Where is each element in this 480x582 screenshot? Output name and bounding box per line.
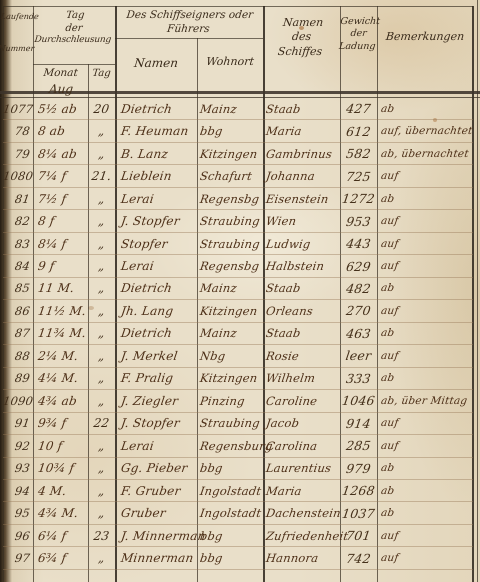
cargo-weight-cell: 701 (339, 528, 378, 543)
cargo-weight-cell: 612 (339, 124, 378, 139)
skipper-name-cell: Lerai (114, 259, 198, 273)
running-number-cell: 88 (2, 349, 34, 363)
column-header-passage-day: Tag der Durchschleusung (31, 9, 117, 47)
running-number-cell: 1090 (2, 394, 34, 408)
skipper-name-cell: Lieblein (114, 169, 198, 183)
passage-time-cell: 10¾ f (32, 461, 89, 475)
passage-time-cell: 11 M. (32, 281, 89, 295)
table-row: 78 8 ab „ F. Heuman bbg Maria 612 auf, ü… (3, 120, 473, 142)
residence-cell: Nbg (196, 349, 264, 363)
running-number-cell: 78 (2, 124, 34, 138)
residence-cell: Mainz (196, 326, 264, 340)
header-label: Ladung (337, 41, 377, 53)
skipper-name-cell: Stopfer (114, 237, 198, 251)
running-number-cell: 85 (2, 281, 34, 295)
table-row: 94 4 M. „ F. Gruber Ingolstadt Maria 126… (3, 480, 473, 502)
skipper-name-cell: F. Heuman (114, 124, 198, 138)
residence-cell: Kitzingen (196, 147, 264, 161)
passage-time-cell: 5½ ab (32, 102, 89, 116)
residence-cell: Schafurt (196, 169, 264, 183)
ship-name-cell: Staab (262, 102, 341, 116)
column-header-ship-name: Namen des Schiffes (261, 16, 343, 59)
column-header-remarks: Bemerkungen (376, 30, 474, 44)
remark-cell: auf (376, 215, 474, 227)
skipper-name-cell: Minnerman (114, 551, 198, 565)
running-number-cell: 86 (2, 304, 34, 318)
skipper-name-cell: J. Ziegler (114, 394, 198, 408)
month-day-divider-line (33, 64, 115, 65)
ship-name-cell: Caroline (262, 394, 341, 408)
running-number-cell: 93 (2, 461, 34, 475)
table-row: 96 6¼ f 23 J. Minnerman bbg Zufriedenhei… (3, 525, 473, 547)
header-label: Schiffes (261, 45, 340, 59)
passage-day-cell: 22 (87, 416, 116, 430)
running-number-cell: 97 (2, 551, 34, 565)
running-number-cell: 92 (2, 439, 34, 453)
skipper-name-cell: Lerai (114, 192, 198, 206)
table-row: 1090 4¾ ab „ J. Ziegler Pinzing Caroline… (3, 390, 473, 412)
remark-cell: ab (376, 485, 474, 497)
residence-cell: bbg (196, 529, 264, 543)
table-row: 82 8 f „ J. Stopfer Straubing Wien 953 a… (3, 210, 473, 232)
cargo-weight-cell: 742 (339, 551, 378, 566)
residence-cell: Mainz (196, 102, 264, 116)
cargo-weight-cell: 427 (339, 101, 378, 116)
passage-day-cell: „ (87, 551, 116, 565)
passage-time-cell: 9¾ f (32, 416, 89, 430)
residence-cell: Ingolstadt (196, 506, 264, 520)
passage-time-cell: 10 f (32, 439, 89, 453)
header-label: Durchschleusung (31, 35, 114, 47)
remark-cell: auf, übernachtet (376, 125, 474, 137)
passage-day-cell: „ (87, 326, 116, 340)
residence-cell: bbg (196, 124, 264, 138)
skipper-name-cell: Gruber (114, 506, 198, 520)
ship-name-cell: Staab (262, 281, 341, 295)
ship-name-cell: Johanna (262, 169, 341, 183)
ship-name-cell: Jacob (262, 416, 341, 430)
cargo-weight-cell: 1046 (339, 393, 378, 408)
ship-name-cell: Orleans (262, 304, 341, 318)
ship-name-cell: Wilhelm (262, 371, 341, 385)
column-header-owner-group: Des Schiffseigners oder Führers (114, 9, 265, 36)
ship-name-cell: Dachenstein (262, 506, 341, 520)
table-row: 89 4¼ M. „ F. Pralig Kitzingen Wilhelm 3… (3, 368, 473, 390)
cargo-weight-cell: 629 (339, 259, 378, 274)
ship-name-cell: Staab (262, 326, 341, 340)
remark-cell: ab (376, 372, 474, 384)
header-label: Tag (34, 9, 117, 22)
table-row: 97 6¾ f „ Minnerman bbg Hannora 742 auf (3, 547, 473, 569)
column-header-cargo-weight: Gewicht der Ladung (337, 16, 380, 53)
cargo-weight-cell: 582 (339, 146, 378, 161)
running-number-cell: 95 (2, 506, 34, 520)
table-row: 87 11¾ M. „ Dietrich Mainz Staab 463 ab (3, 323, 473, 345)
remark-cell: auf (376, 552, 474, 564)
passage-day-cell: „ (87, 371, 116, 385)
passage-time-cell: 11½ M. (32, 304, 89, 318)
passage-day-cell: „ (87, 124, 116, 138)
ship-name-cell: Maria (262, 124, 341, 138)
remark-cell: ab (376, 193, 474, 205)
passage-day-cell: „ (87, 237, 116, 251)
passage-time-cell: 7¼ f (32, 169, 89, 183)
remark-cell: ab, über Mittag (376, 395, 474, 407)
cargo-weight-cell: 443 (339, 236, 378, 251)
passage-day-cell: „ (87, 484, 116, 498)
header-label: Führers (114, 23, 263, 37)
cargo-weight-cell: 979 (339, 461, 378, 476)
passage-day-cell: „ (87, 147, 116, 161)
cargo-weight-cell: 285 (339, 438, 378, 453)
passage-time-cell: 11¾ M. (32, 326, 89, 340)
skipper-name-cell: Jh. Lang (114, 304, 198, 318)
column-header-residence: Wohnort (196, 55, 264, 69)
ship-name-cell: Halbstein (262, 259, 341, 273)
register-page: Laufende Nummer Tag der Durchschleusung … (0, 0, 480, 582)
header-label: der (32, 22, 115, 35)
table-row: 84 9 f „ Lerai Regensbg Halbstein 629 au… (3, 255, 473, 277)
passage-day-cell: 23 (87, 529, 116, 543)
skipper-name-cell: B. Lanz (114, 147, 198, 161)
remark-cell: ab (376, 327, 474, 339)
passage-time-cell: 8¼ f (32, 237, 89, 251)
passage-day-cell: „ (87, 394, 116, 408)
cargo-weight-cell: 1268 (339, 483, 378, 498)
table-row: 81 7½ f „ Lerai Regensbg Eisenstein 1272… (3, 188, 473, 210)
skipper-name-cell: J. Stopfer (114, 214, 198, 228)
remark-cell: ab (376, 282, 474, 294)
skipper-name-cell: J. Minnerman (114, 529, 198, 543)
remark-cell: auf (376, 260, 474, 272)
passage-day-cell: „ (87, 214, 116, 228)
table-row: 79 8¼ ab „ B. Lanz Kitzingen Gambrinus 5… (3, 143, 473, 165)
residence-cell: Straubing (196, 214, 264, 228)
passage-time-cell: 9 f (32, 259, 89, 273)
remark-cell: ab (376, 507, 474, 519)
table-row: 86 11½ M. „ Jh. Lang Kitzingen Orleans 2… (3, 300, 473, 322)
residence-cell: bbg (196, 461, 264, 475)
running-number-cell: 96 (2, 529, 34, 543)
remark-cell: ab (376, 103, 474, 115)
passage-day-cell: „ (87, 439, 116, 453)
header-label: Namen (264, 16, 343, 30)
column-header-month: Monat (32, 67, 88, 81)
ship-name-cell: Hannora (262, 551, 341, 565)
residence-cell: Straubing (196, 416, 264, 430)
ship-name-cell: Zufriedenheit (262, 529, 341, 543)
passage-day-cell: „ (87, 304, 116, 318)
residence-cell: Kitzingen (196, 371, 264, 385)
remark-cell: auf (376, 417, 474, 429)
table-row: 85 11 M. „ Dietrich Mainz Staab 482 ab (3, 278, 473, 300)
owner-group-divider-line (115, 38, 263, 39)
cargo-weight-cell: 953 (339, 214, 378, 229)
remark-cell: auf (376, 530, 474, 542)
skipper-name-cell: J. Merkel (114, 349, 198, 363)
passage-time-cell: 4 M. (32, 484, 89, 498)
header-label: des (262, 30, 341, 44)
remark-cell: auf (376, 238, 474, 250)
remark-cell: ab (376, 462, 474, 474)
ship-name-cell: Laurentius (262, 461, 341, 475)
passage-time-cell: 2¼ M. (32, 349, 89, 363)
ship-name-cell: Wien (262, 214, 341, 228)
residence-cell: Regensbg (196, 259, 264, 273)
running-number-cell: 94 (2, 484, 34, 498)
residence-cell: Kitzingen (196, 304, 264, 318)
column-header-day: Tag (87, 67, 115, 80)
passage-day-cell: „ (87, 506, 116, 520)
cargo-weight-cell: 333 (339, 371, 378, 386)
table-row: 93 10¾ f „ Gg. Pieber bbg Laurentius 979… (3, 458, 473, 480)
cargo-weight-cell: 914 (339, 416, 378, 431)
table-top-line (3, 6, 473, 7)
skipper-name-cell: Dietrich (114, 102, 198, 116)
register-rows: 1077 5½ ab 20 Dietrich Mainz Staab 427 a… (3, 98, 473, 570)
header-label: Des Schiffseigners oder (115, 9, 264, 23)
skipper-name-cell: Dietrich (114, 281, 198, 295)
skipper-name-cell: J. Stopfer (114, 416, 198, 430)
passage-time-cell: 6¼ f (32, 529, 89, 543)
running-number-cell: 81 (2, 192, 34, 206)
ship-name-cell: Carolina (262, 439, 341, 453)
month-value: Aug (33, 82, 89, 98)
running-number-cell: 83 (2, 237, 34, 251)
residence-cell: Mainz (196, 281, 264, 295)
ship-name-cell: Eisenstein (262, 192, 341, 206)
residence-cell: Ingolstadt (196, 484, 264, 498)
table-row: 92 10 f „ Lerai Regensburg Carolina 285 … (3, 435, 473, 457)
ship-name-cell: Ludwig (262, 237, 341, 251)
residence-cell: Pinzing (196, 394, 264, 408)
remark-cell: auf (376, 170, 474, 182)
passage-day-cell: 21. (87, 169, 116, 183)
passage-time-cell: 8¼ ab (32, 147, 89, 161)
running-number-cell: 87 (2, 326, 34, 340)
page-edge-line (477, 0, 478, 582)
skipper-name-cell: F. Gruber (114, 484, 198, 498)
running-number-cell: 79 (2, 147, 34, 161)
passage-day-cell: „ (87, 192, 116, 206)
cargo-weight-cell: 1037 (339, 506, 378, 521)
residence-cell: bbg (196, 551, 264, 565)
remark-cell: auf (376, 305, 474, 317)
remark-cell: auf (376, 440, 474, 452)
cargo-weight-cell: 270 (339, 303, 378, 318)
passage-time-cell: 4¾ M. (32, 506, 89, 520)
passage-day-cell: „ (87, 461, 116, 475)
remark-cell: ab, übernachtet (376, 148, 474, 160)
residence-cell: Regensburg (196, 439, 264, 453)
table-row: 1080 7¼ f 21. Lieblein Schafurt Johanna … (3, 165, 473, 187)
skipper-name-cell: Gg. Pieber (114, 461, 198, 475)
table-row: 1077 5½ ab 20 Dietrich Mainz Staab 427 a… (3, 98, 473, 120)
cargo-weight-cell: leer (339, 348, 378, 363)
table-row: 91 9¾ f 22 J. Stopfer Straubing Jacob 91… (3, 413, 473, 435)
header-label: der (338, 28, 378, 40)
cargo-weight-cell: 725 (339, 169, 378, 184)
running-number-cell: 1080 (2, 169, 34, 183)
passage-time-cell: 4¼ M. (32, 371, 89, 385)
column-header-owner-name: Namen (114, 56, 198, 72)
passage-day-cell: „ (87, 259, 116, 273)
running-number-cell: 82 (2, 214, 34, 228)
ship-name-cell: Rosie (262, 349, 341, 363)
running-number-cell: 91 (2, 416, 34, 430)
passage-time-cell: 4¾ ab (32, 394, 89, 408)
ship-name-cell: Gambrinus (262, 147, 341, 161)
cargo-weight-cell: 482 (339, 281, 378, 296)
table-row: 83 8¼ f „ Stopfer Straubing Ludwig 443 a… (3, 233, 473, 255)
passage-time-cell: 8 ab (32, 124, 89, 138)
passage-day-cell: „ (87, 281, 116, 295)
cargo-weight-cell: 463 (339, 326, 378, 341)
passage-time-cell: 6¾ f (32, 551, 89, 565)
skipper-name-cell: Dietrich (114, 326, 198, 340)
passage-day-cell: „ (87, 349, 116, 363)
residence-cell: Straubing (196, 237, 264, 251)
skipper-name-cell: F. Pralig (114, 371, 198, 385)
residence-cell: Regensbg (196, 192, 264, 206)
passage-time-cell: 8 f (32, 214, 89, 228)
ship-name-cell: Maria (262, 484, 341, 498)
passage-day-cell: 20 (87, 102, 116, 116)
table-row: 95 4¾ M. „ Gruber Ingolstadt Dachenstein… (3, 502, 473, 524)
skipper-name-cell: Lerai (114, 439, 198, 453)
table-row: 88 2¼ M. „ J. Merkel Nbg Rosie leer auf (3, 345, 473, 367)
running-number-cell: 84 (2, 259, 34, 273)
cargo-weight-cell: 1272 (339, 191, 378, 206)
remark-cell: auf (376, 350, 474, 362)
passage-time-cell: 7½ f (32, 192, 89, 206)
running-number-cell: 1077 (2, 102, 34, 116)
running-number-cell: 89 (2, 371, 34, 385)
header-label: Gewicht (340, 16, 380, 28)
